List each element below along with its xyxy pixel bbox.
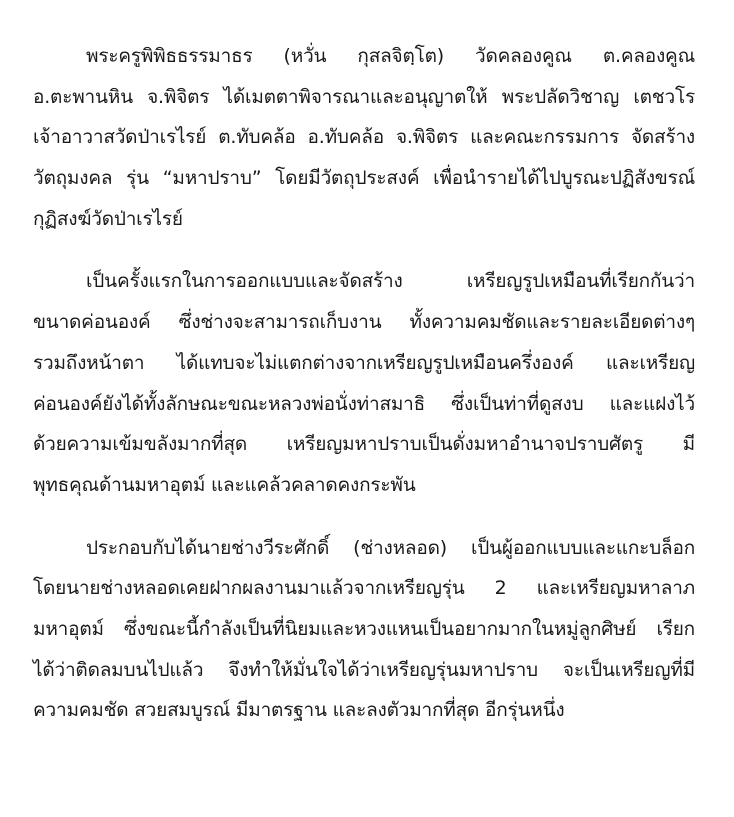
text-line: ขนาดค่อนองค์ ซึ่งช่างจะสามารถเก็บงาน ทั้… [33,302,695,343]
text-line: มหาอุตม์ ซึ่งขณะนี้กำลังเป็นที่นิยมและหว… [33,609,695,650]
text-line: อ.ตะพานหิน จ.พิจิตร ได้เมตตาพิจารณาและอน… [33,77,695,118]
text-line: ได้ว่าติดลมบนไปแล้ว จึงทำให้มั่นใจได้ว่า… [33,650,695,691]
text-line: พระครูพิพิธธรรมาธร (หวั่น กุสลจิตฺโต) วั… [33,36,695,77]
paragraph-2: เป็นครั้งแรกในการออกแบบและจัดสร้าง เหรีย… [33,261,695,505]
text-line: เป็นครั้งแรกในการออกแบบและจัดสร้าง เหรีย… [33,261,695,302]
text-line: กุฏิสงฆ์วัดป่าเรไรย์ [33,199,695,240]
text-line: เจ้าอาวาสวัดป่าเรไรย์ ต.ทับคล้อ อ.ทับคล้… [33,117,695,158]
text-line: พุทธคุณด้านมหาอุตม์ และแคล้วคลาดคงกระพัน [33,465,695,506]
text-line: รวมถึงหน้าตา ได้แทบจะไม่แตกต่างจากเหรียญ… [33,343,695,384]
text-line: ประกอบกับได้นายช่างวีระศักดิ์ (ช่างหลอด)… [33,528,695,569]
text-line: ด้วยความเข้มขลังมากที่สุด เหรียญมหาปราบเ… [33,424,695,465]
text-line: โดยนายช่างหลอดเคยฝากผลงานมาแล้วจากเหรียญ… [33,568,695,609]
text-line: วัตถุมงคล รุ่น “มหาปราบ” โดยมีวัตถุประสง… [33,158,695,199]
paragraph-3: ประกอบกับได้นายช่างวีระศักดิ์ (ช่างหลอด)… [33,528,695,731]
text-line: ความคมชัด สวยสมบูรณ์ มีมาตรฐาน และลงตัวม… [33,690,695,731]
paragraph-1: พระครูพิพิธธรรมาธร (หวั่น กุสลจิตฺโต) วั… [33,36,695,239]
text-line: ค่อนองค์ยังได้ทั้งลักษณะขณะหลวงพ่อนั่งท่… [33,384,695,425]
document-page: พระครูพิพิธธรรมาธร (หวั่น กุสลจิตฺโต) วั… [33,36,695,753]
